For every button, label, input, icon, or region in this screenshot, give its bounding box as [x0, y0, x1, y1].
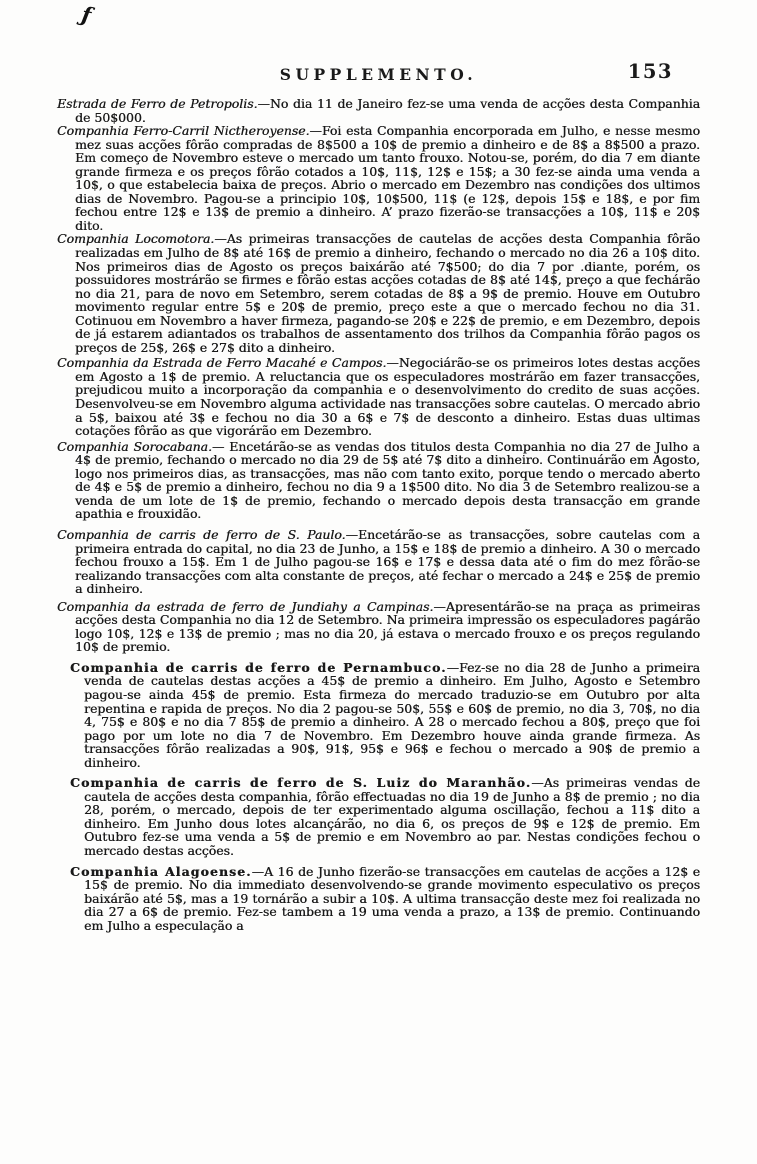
paragraph-sorocabana: Companhia Sorocabana.— Encetárão-se as v…: [57, 440, 700, 521]
paragraph-macahe-campos: Companhia da Estrada de Ferro Macahé e C…: [57, 356, 700, 437]
handwritten-mark: ƒ: [80, 1, 93, 27]
page-header: SUPPLEMENTO. 153: [57, 62, 700, 90]
paragraph-text: —Foi esta Companhia encorporada em Julho…: [75, 123, 700, 233]
paragraph-text: —Fez-se no dia 28 de Junho a primeira ve…: [84, 660, 700, 770]
page-title: SUPPLEMENTO.: [280, 65, 477, 84]
paragraph-ferro-carril-nictheroyense: Companhia Ferro-Carril Nictheroyense.—Fo…: [57, 124, 700, 232]
document-page: ƒ SUPPLEMENTO. 153 Estrada de Ferro de P…: [0, 0, 757, 1164]
article-body: Estrada de Ferro de Petropolis.—No dia 1…: [57, 97, 700, 932]
paragraph-alagoense: Companhia Alagoense.—A 16 de Junho fizer…: [64, 865, 700, 933]
paragraph-carris-s-luiz-maranhao: Companhia de carris de ferro de S. Luiz …: [64, 776, 700, 857]
paragraph-jundiahy-campinas: Companhia da estrada de ferro de Jundiah…: [57, 600, 700, 654]
paragraph-estrada-petropolis: Estrada de Ferro de Petropolis.—No dia 1…: [57, 97, 700, 124]
page-number: 153: [628, 60, 673, 83]
paragraph-carris-pernambuco: Companhia de carris de ferro de Pernambu…: [64, 661, 700, 769]
paragraph-carris-s-paulo: Companhia de carris de ferro de S. Paulo…: [57, 528, 700, 596]
paragraph-locomotora: Companhia Locomotora.—As primeiras trans…: [57, 232, 700, 354]
paragraph-text: —As primeiras transacções de cautelas de…: [75, 231, 700, 354]
